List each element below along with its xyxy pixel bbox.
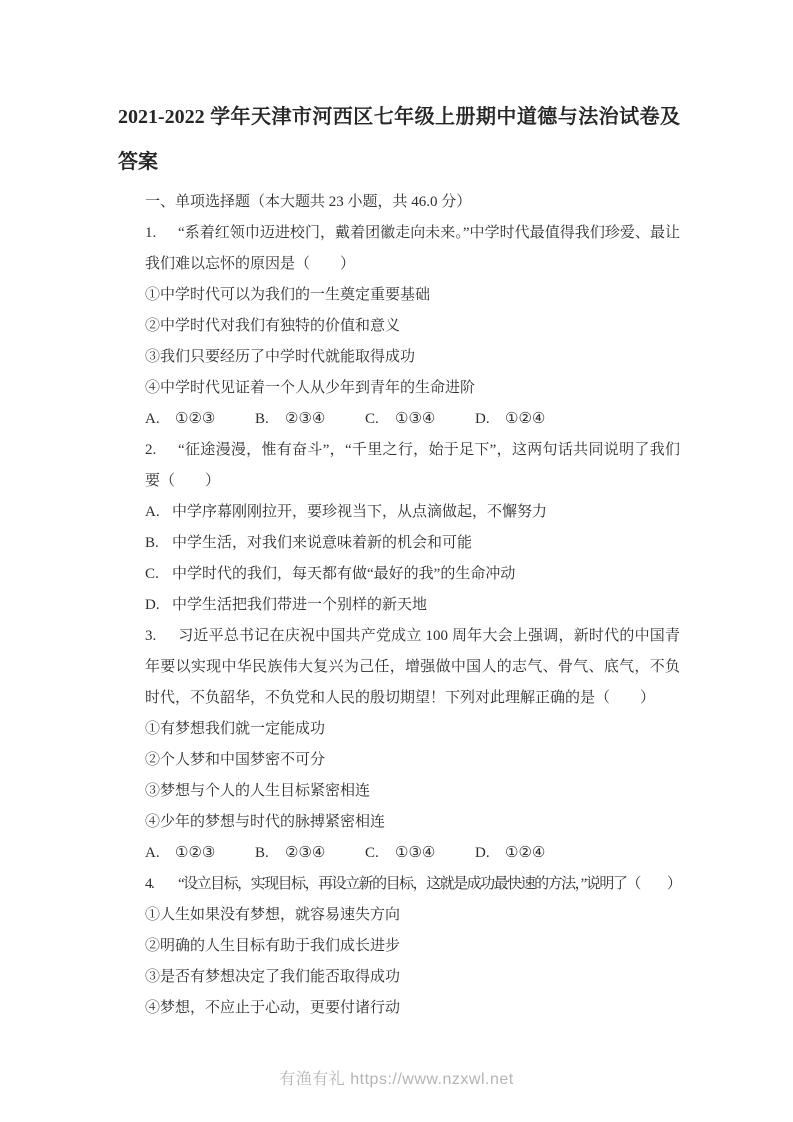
choice-value: ①③④ <box>395 411 435 427</box>
option-label: C. <box>145 559 172 590</box>
question-3-statement-3: ③梦想与个人的人生目标紧密相连 <box>145 776 680 807</box>
question-4-statement-3: ③是否有梦想决定了我们能否取得成功 <box>145 962 680 993</box>
question-1-choice-b: B.②③④ <box>255 404 365 435</box>
page-footer: 有渔有礼 https://www.nzxwl.net <box>0 1066 793 1089</box>
question-3-statement-4: ④少年的梦想与时代的脉搏紧密相连 <box>145 807 680 838</box>
question-1-choice-c: C.①③④ <box>365 404 475 435</box>
question-block-3: 3.习近平总书记在庆祝中国共产党成立 100 周年大会上强调，新时代的中国青年要… <box>145 621 680 869</box>
question-1-number: 1. <box>145 218 178 249</box>
choice-value: ①②④ <box>505 411 545 427</box>
question-3-choices-row: A.①②③ B.②③④ C.①③④ D.①②④ <box>145 838 680 869</box>
choice-label: A. <box>145 838 175 869</box>
footer-url[interactable]: https://www.nzxwl.net <box>350 1071 513 1088</box>
question-block-4: 4.“设立目标，实现目标，再设立新的目标，这就是成功最快速的方法，”说明了（ ）… <box>145 869 680 1024</box>
question-1-stem-text: “系着红领巾迈进校门，戴着团徽走向未来。”中学时代最值得我们珍爱、最让我们难以忘… <box>145 225 680 272</box>
choice-label: B. <box>255 404 285 435</box>
document-title: 2021-2022 学年天津市河西区七年级上册期中道德与法治试卷及答案 <box>118 95 680 185</box>
option-text: 中学序幕刚刚拉开，要珍视当下，从点滴做起，不懈努力 <box>172 504 547 520</box>
option-label: A. <box>145 497 172 528</box>
document-content: 2021-2022 学年天津市河西区七年级上册期中道德与法治试卷及答案 一、单项… <box>118 95 680 1024</box>
question-2-stem: 2.“征途漫漫，惟有奋斗”，“千里之行，始于足下”，这两句话共同说明了我们要（ … <box>145 435 680 497</box>
choice-label: B. <box>255 838 285 869</box>
document-body: 一、单项选择题（本大题共 23 小题，共 46.0 分） 1.“系着红领巾迈进校… <box>145 187 680 1024</box>
question-1-choice-a: A.①②③ <box>145 404 255 435</box>
option-label: B. <box>145 528 172 559</box>
question-3-number: 3. <box>145 621 178 652</box>
question-2-option-a: A.中学序幕刚刚拉开，要珍视当下，从点滴做起，不懈努力 <box>145 497 680 528</box>
choice-value: ①②④ <box>505 845 545 861</box>
question-4-statement-2: ②明确的人生目标有助于我们成长进步 <box>145 931 680 962</box>
choice-label: C. <box>365 838 395 869</box>
question-4-number: 4. <box>145 869 178 900</box>
choice-value: ②③④ <box>285 411 325 427</box>
option-text: 中学生活把我们带进一个别样的新天地 <box>172 597 427 613</box>
footer-brand: 有渔有礼 <box>279 1071 345 1088</box>
question-3-statement-1: ①有梦想我们就一定能成功 <box>145 714 680 745</box>
question-3-stem: 3.习近平总书记在庆祝中国共产党成立 100 周年大会上强调，新时代的中国青年要… <box>145 621 680 714</box>
question-1-statement-3: ③我们只要经历了中学时代就能取得成功 <box>145 342 680 373</box>
question-1-stem: 1.“系着红领巾迈进校门，戴着团徽走向未来。”中学时代最值得我们珍爱、最让我们难… <box>145 218 680 280</box>
question-3-choice-d: D.①②④ <box>475 838 545 869</box>
question-2-option-d: D.中学生活把我们带进一个别样的新天地 <box>145 590 680 621</box>
choice-label: D. <box>475 404 505 435</box>
question-4-stem-text: “设立目标，实现目标，再设立新的目标，这就是成功最快速的方法，”说明了（ ） <box>178 876 680 892</box>
option-text: 中学时代的我们，每天都有做“最好的我”的生命冲动 <box>172 566 515 582</box>
question-2-number: 2. <box>145 435 178 466</box>
question-1-statement-1: ①中学时代可以为我们的一生奠定重要基础 <box>145 280 680 311</box>
question-4-statement-4: ④梦想，不应止于心动，更要付诸行动 <box>145 993 680 1024</box>
choice-label: D. <box>475 838 505 869</box>
choice-value: ①②③ <box>175 845 215 861</box>
question-2-option-b: B.中学生活，对我们来说意味着新的机会和可能 <box>145 528 680 559</box>
choice-value: ①③④ <box>395 845 435 861</box>
question-3-choice-c: C.①③④ <box>365 838 475 869</box>
question-1-statement-2: ②中学时代对我们有独特的价值和意义 <box>145 311 680 342</box>
choice-label: A. <box>145 404 175 435</box>
question-3-statement-2: ②个人梦和中国梦密不可分 <box>145 745 680 776</box>
question-3-choice-b: B.②③④ <box>255 838 365 869</box>
question-block-1: 1.“系着红领巾迈进校门，戴着团徽走向未来。”中学时代最值得我们珍爱、最让我们难… <box>145 218 680 435</box>
section-heading: 一、单项选择题（本大题共 23 小题，共 46.0 分） <box>145 187 680 218</box>
question-block-2: 2.“征途漫漫，惟有奋斗”，“千里之行，始于足下”，这两句话共同说明了我们要（ … <box>145 435 680 621</box>
question-1-choices-row: A.①②③ B.②③④ C.①③④ D.①②④ <box>145 404 680 435</box>
option-label: D. <box>145 590 172 621</box>
question-3-choice-a: A.①②③ <box>145 838 255 869</box>
question-2-stem-text: “征途漫漫，惟有奋斗”，“千里之行，始于足下”，这两句话共同说明了我们要（ ） <box>145 442 680 489</box>
question-1-statement-4: ④中学时代见证着一个人从少年到青年的生命进阶 <box>145 373 680 404</box>
question-1-choice-d: D.①②④ <box>475 404 545 435</box>
option-text: 中学生活，对我们来说意味着新的机会和可能 <box>172 535 472 551</box>
choice-label: C. <box>365 404 395 435</box>
question-3-stem-text: 习近平总书记在庆祝中国共产党成立 100 周年大会上强调，新时代的中国青年要以实… <box>145 628 680 706</box>
question-4-statement-1: ①人生如果没有梦想，就容易速失方向 <box>145 900 680 931</box>
question-2-option-c: C.中学时代的我们，每天都有做“最好的我”的生命冲动 <box>145 559 680 590</box>
question-4-stem: 4.“设立目标，实现目标，再设立新的目标，这就是成功最快速的方法，”说明了（ ） <box>145 869 680 900</box>
exam-document-page: 2021-2022 学年天津市河西区七年级上册期中道德与法治试卷及答案 一、单项… <box>0 0 793 1122</box>
choice-value: ②③④ <box>285 845 325 861</box>
choice-value: ①②③ <box>175 411 215 427</box>
